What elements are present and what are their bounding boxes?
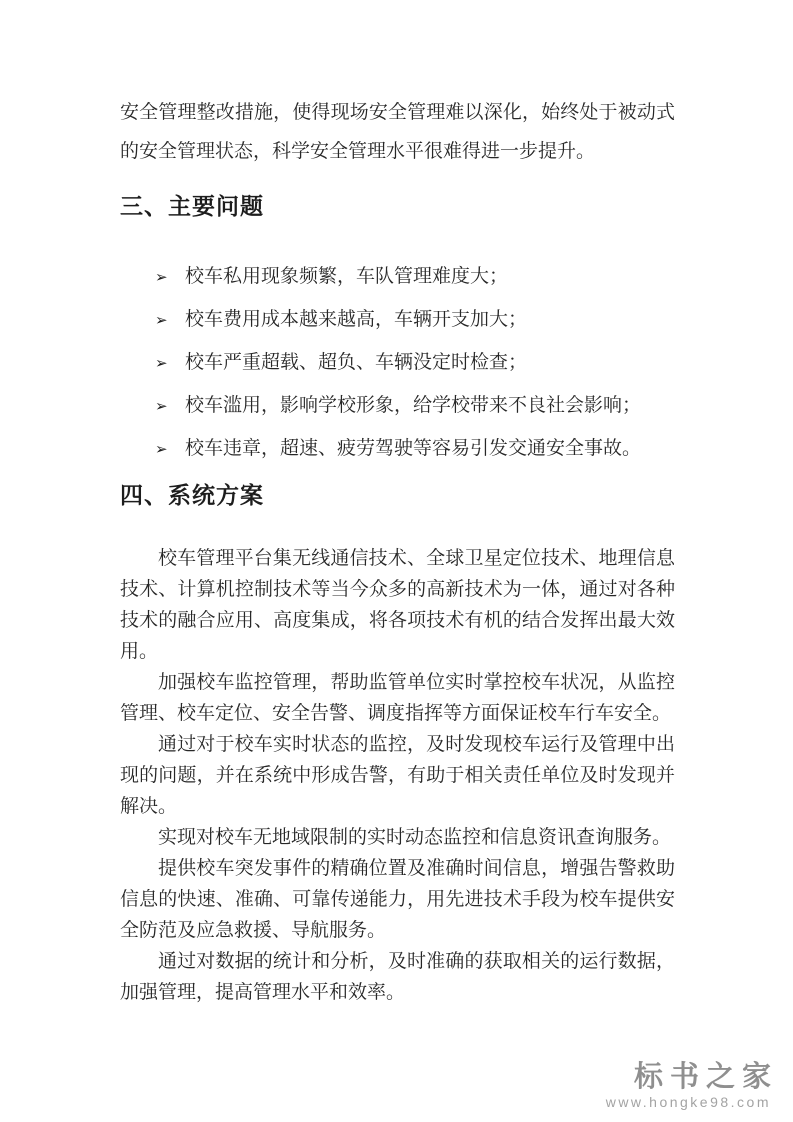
- paragraph: 提供校车突发事件的精确位置及准确时间信息，增强告警救助信息的快速、准确、可靠传递…: [120, 853, 675, 946]
- list-item: ➢ 校车严重超载、超负、车辆没定时检查；: [155, 352, 675, 374]
- arrowhead-bullet-icon: ➢: [155, 395, 185, 417]
- paragraph: 实现对校车无地域限制的实时动态监控和信息资讯查询服务。: [120, 822, 675, 853]
- list-item-text: 校车费用成本越来越高，车辆开支加大；: [185, 309, 527, 331]
- arrowhead-bullet-icon: ➢: [155, 309, 185, 331]
- section-heading-main-problems: 三、主要问题: [120, 192, 675, 220]
- problem-bullet-list: ➢ 校车私用现象频繁，车队管理难度大； ➢ 校车费用成本越来越高，车辆开支加大；…: [120, 266, 675, 460]
- list-item: ➢ 校车滥用，影响学校形象，给学校带来不良社会影响；: [155, 395, 675, 417]
- arrowhead-bullet-icon: ➢: [155, 438, 185, 460]
- watermark: 标书之家 www.hongke98.com: [606, 1062, 771, 1110]
- paragraph-continuation: 安全管理整改措施，使得现场安全管理难以深化，始终处于被动式的安全管理状态，科学安…: [120, 93, 675, 171]
- paragraph: 通过对于校车实时状态的监控，及时发现校车运行及管理中出现的问题，并在系统中形成告…: [120, 729, 675, 822]
- paragraph: 通过对数据的统计和分析，及时准确的获取相关的运行数据，加强管理，提高管理水平和效…: [120, 946, 675, 1008]
- arrowhead-bullet-icon: ➢: [155, 266, 185, 288]
- list-item-text: 校车滥用，影响学校形象，给学校带来不良社会影响；: [185, 395, 641, 417]
- paragraph: 校车管理平台集无线通信技术、全球卫星定位技术、地理信息技术、计算机控制技术等当今…: [120, 543, 675, 667]
- paragraph: 加强校车监控管理，帮助监管单位实时掌控校车状况，从监控管理、校车定位、安全告警、…: [120, 667, 675, 729]
- list-item-text: 校车严重超载、超负、车辆没定时检查；: [185, 352, 527, 374]
- list-item: ➢ 校车违章，超速、疲劳驾驶等容易引发交通安全事故。: [155, 438, 675, 460]
- section-heading-system-solution: 四、系统方案: [120, 481, 675, 509]
- watermark-url: www.hongke98.com: [606, 1094, 771, 1110]
- watermark-brand-logo: 标书之家: [606, 1062, 778, 1092]
- list-item: ➢ 校车私用现象频繁，车队管理难度大；: [155, 266, 675, 288]
- arrowhead-bullet-icon: ➢: [155, 352, 185, 374]
- document-page: 安全管理整改措施，使得现场安全管理难以深化，始终处于被动式的安全管理状态，科学安…: [0, 0, 793, 1122]
- list-item: ➢ 校车费用成本越来越高，车辆开支加大；: [155, 309, 675, 331]
- section-solution-body: 校车管理平台集无线通信技术、全球卫星定位技术、地理信息技术、计算机控制技术等当今…: [120, 543, 675, 1008]
- list-item-text: 校车违章，超速、疲劳驾驶等容易引发交通安全事故。: [185, 438, 641, 460]
- list-item-text: 校车私用现象频繁，车队管理难度大；: [185, 266, 508, 288]
